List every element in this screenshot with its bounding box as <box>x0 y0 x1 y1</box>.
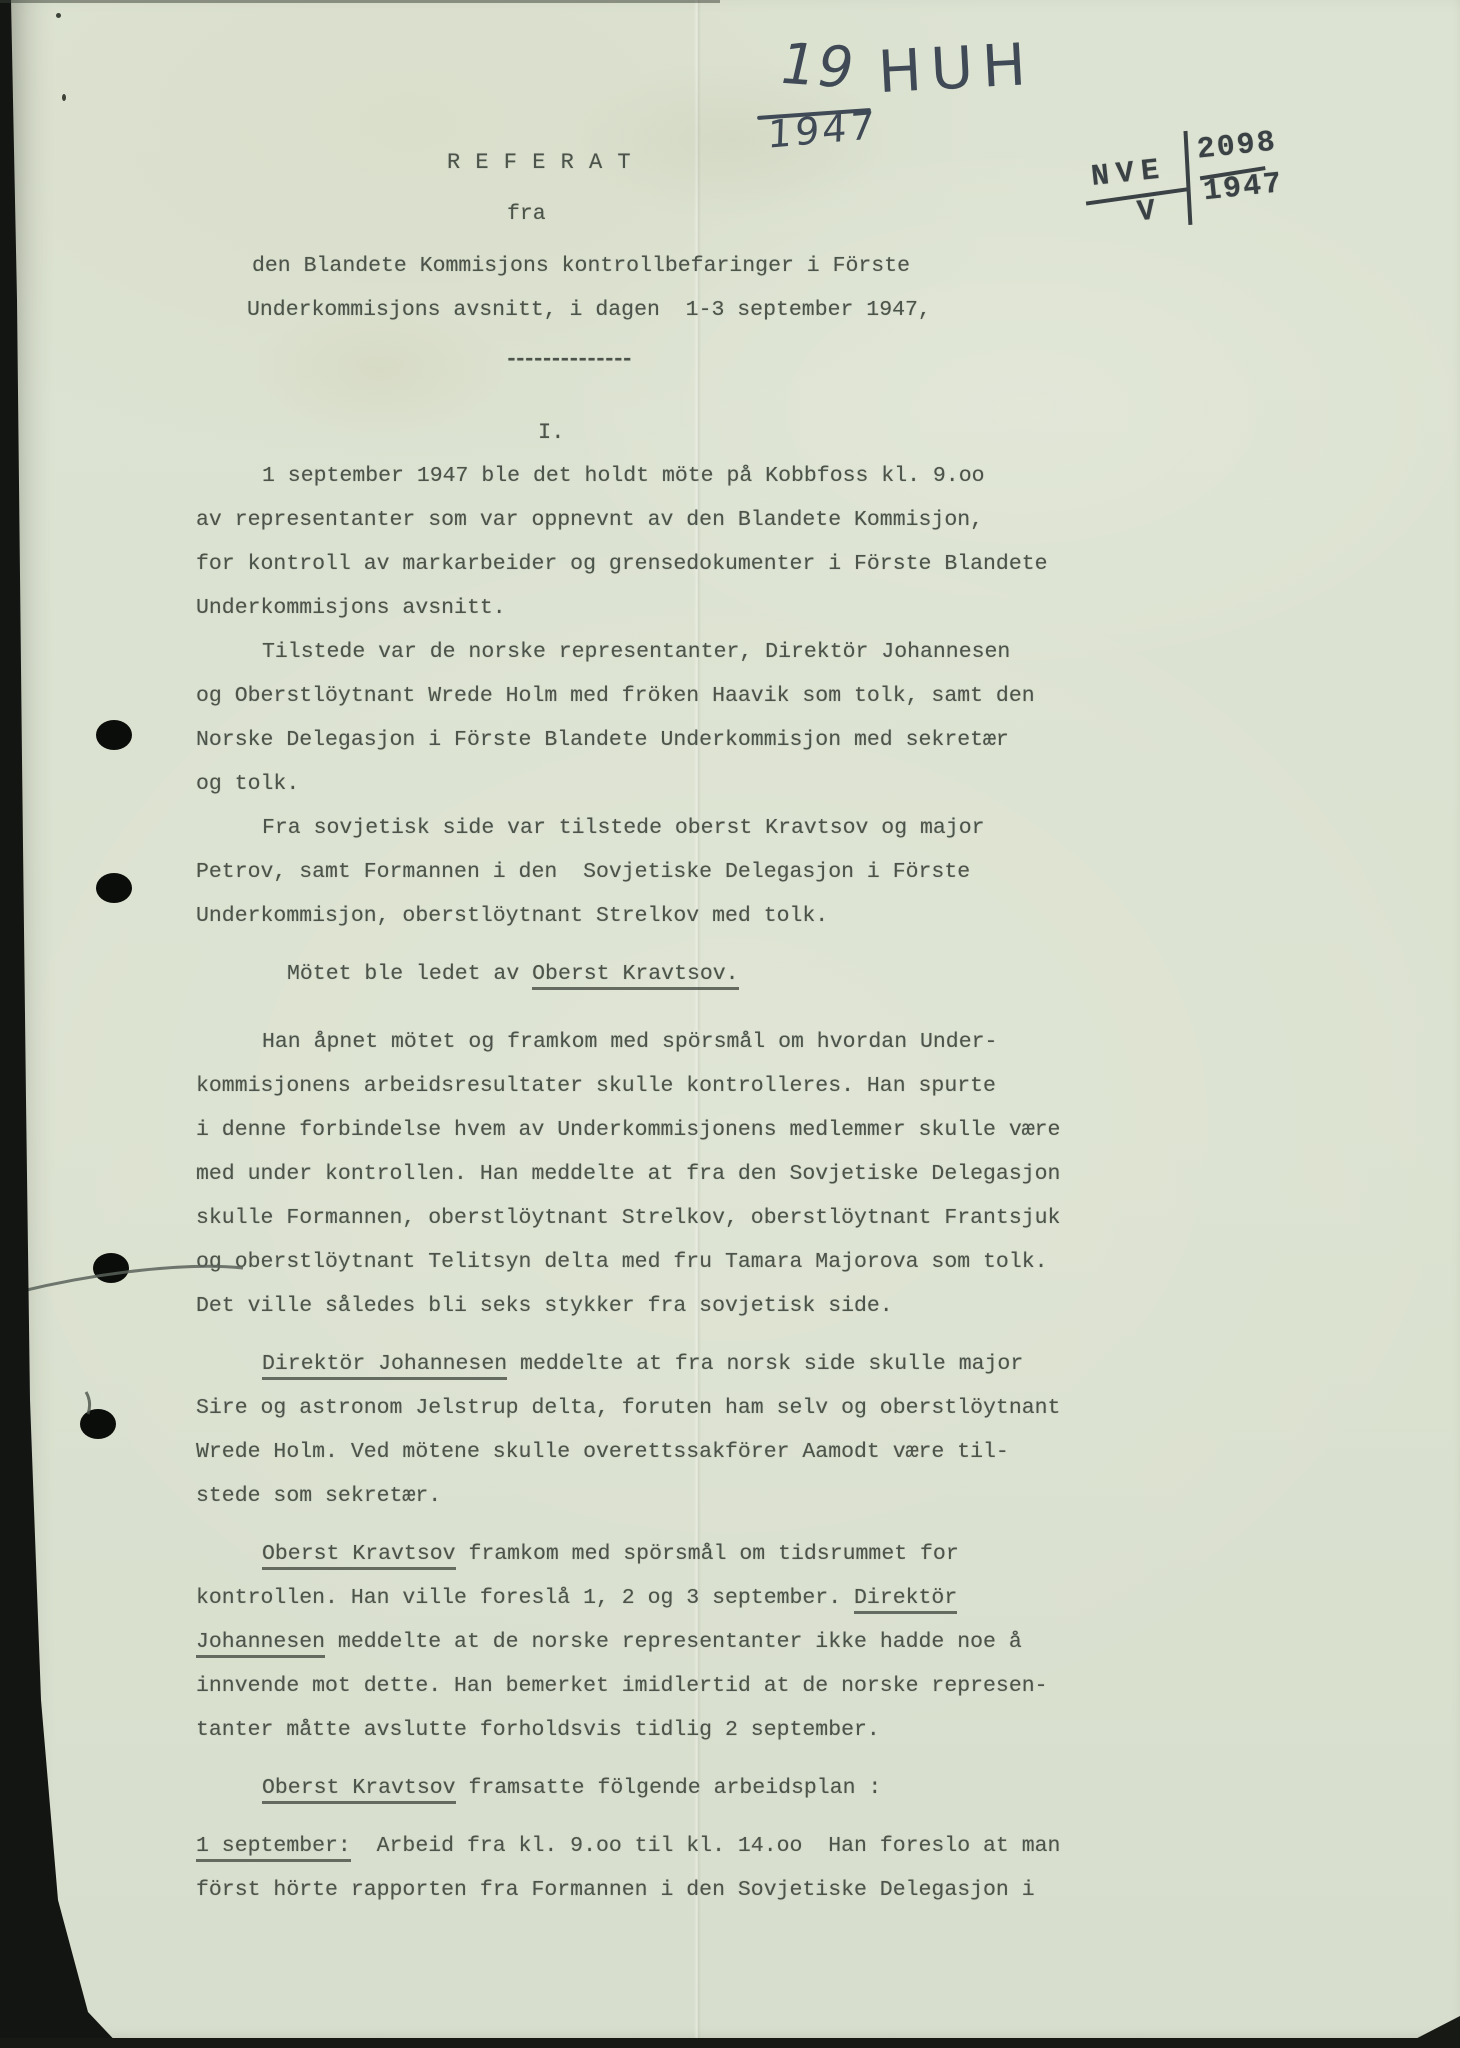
text-line: og oberstlöytnant Telitsyn delta med fru… <box>196 1240 1096 1284</box>
text-segment: av representanter som var oppnevnt av de… <box>196 508 983 532</box>
page-subtitle: fra <box>507 202 546 226</box>
heading-line: den Blandete Kommisjons kontrollbefaring… <box>252 244 931 288</box>
text-segment: Tilstede var de norske representanter, D… <box>262 640 1010 664</box>
text-segment: Direktör Johannesen <box>262 1352 507 1380</box>
text-segment: Han åpnet mötet og framkom med spörsmål … <box>262 1030 997 1054</box>
text-segment: i denne forbindelse hvem av Underkommisj… <box>196 1118 1060 1142</box>
text-line: kontrollen. Han ville foreslå 1, 2 og 3 … <box>196 1576 1096 1620</box>
text-line: Tilstede var de norske representanter, D… <box>262 630 1096 674</box>
text-segment: kontrollen. Han ville foreslå 1, 2 og 3 … <box>196 1586 854 1610</box>
ink-speck <box>56 13 61 18</box>
text-segment: Norske Delegasjon i Förste Blandete Unde… <box>196 728 1009 752</box>
scan-background: 19 1947 HUH NVE 2098 V 1947 R E F E R A … <box>0 0 1460 2048</box>
text-line: Petrov, samt Formannen i den Sovjetiske … <box>196 850 1096 894</box>
paper-sheet: 19 1947 HUH NVE 2098 V 1947 R E F E R A … <box>0 0 1460 2048</box>
text-segment: skulle Formannen, oberstlöytnant Strelko… <box>196 1206 1060 1230</box>
text-segment: Johannesen <box>196 1630 325 1658</box>
section-divider: -------------- <box>505 348 630 372</box>
text-line: 1 september: Arbeid fra kl. 9.oo til kl.… <box>196 1824 1096 1868</box>
text-segment: Oberst Kravtsov <box>262 1776 456 1804</box>
text-segment: 1 september 1947 ble det holdt möte på K… <box>262 464 985 488</box>
text-line: med under kontrollen. Han meddelte at fr… <box>196 1152 1096 1196</box>
text-segment: kommisjonens arbeidsresultater skulle ko… <box>196 1074 996 1098</box>
text-line: av representanter som var oppnevnt av de… <box>196 498 1096 542</box>
text-line: Oberst Kravtsov framsatte fölgende arbei… <box>262 1766 1096 1810</box>
text-segment: Underkommisjon, oberstlöytnant Strelkov … <box>196 904 828 928</box>
page-title: R E F E R A T <box>447 150 632 175</box>
text-line: innvende mot dette. Han bemerket imidler… <box>196 1664 1096 1708</box>
text-line: Oberst Kravtsov framkom med spörsmål om … <box>262 1532 1096 1576</box>
document-heading: den Blandete Kommisjons kontrollbefaring… <box>196 244 931 332</box>
text-segment: den Blandete Kommisjons kontrollbefaring… <box>252 254 910 278</box>
text-line: Fra sovjetisk side var tilstede oberst K… <box>262 806 1096 850</box>
ink-speck <box>62 94 66 101</box>
text-segment: Wrede Holm. Ved mötene skulle overettssa… <box>196 1440 1009 1464</box>
text-line: og tolk. <box>196 762 1096 806</box>
text-segment: framsatte fölgende arbeidsplan : <box>456 1776 882 1800</box>
text-segment: Oberst Kravtsov. <box>532 962 738 990</box>
text-segment: Det ville således bli seks stykker fra s… <box>196 1294 893 1318</box>
text-line: for kontroll av markarbeider og grensedo… <box>196 542 1096 586</box>
text-line: i denne forbindelse hvem av Underkommisj… <box>196 1108 1096 1152</box>
text-line: Direktör Johannesen meddelte at fra nors… <box>262 1342 1096 1386</box>
text-segment: Sire og astronom Jelstrup delta, foruten… <box>196 1396 1060 1420</box>
text-line: Det ville således bli seks stykker fra s… <box>196 1284 1096 1328</box>
text-segment: meddelte at fra norsk side skulle major <box>507 1352 1023 1376</box>
text-segment: Direktör <box>854 1586 957 1614</box>
text-segment: meddelte at de norske representanter ikk… <box>325 1630 1022 1654</box>
text-segment: Oberst Kravtsov <box>262 1542 456 1570</box>
hole-punch <box>93 1253 129 1283</box>
text-segment: Arbeid fra kl. 9.oo til kl. 14.oo Han fo… <box>351 1834 1061 1858</box>
hole-punch <box>96 873 132 903</box>
text-segment: framkom med spörsmål om tidsrummet for <box>456 1542 959 1566</box>
text-segment: Underkommisjons avsnitt, i dagen 1-3 sep… <box>247 298 931 322</box>
text-line: Underkommisjons avsnitt. <box>196 586 1096 630</box>
text-line: stede som sekretær. <box>196 1474 1096 1518</box>
document-body: 1 september 1947 ble det holdt möte på K… <box>196 454 1096 1912</box>
section-heading: I. <box>538 420 564 445</box>
text-line: 1 september 1947 ble det holdt möte på K… <box>262 454 1096 498</box>
text-segment: og oberstlöytnant Telitsyn delta med fru… <box>196 1250 1048 1274</box>
text-segment: Underkommisjons avsnitt. <box>196 596 506 620</box>
stamp-roman-numeral: V <box>1136 195 1157 231</box>
text-line: Johannesen meddelte at de norske represe… <box>196 1620 1096 1664</box>
text-segment: 1 september: <box>196 1834 351 1862</box>
heading-line: Underkommisjons avsnitt, i dagen 1-3 sep… <box>247 288 931 332</box>
stamp-vertical-bar <box>1183 131 1192 225</box>
text-line: tanter måtte avslutte forholdsvis tidlig… <box>196 1708 1096 1752</box>
hole-punch <box>80 1409 116 1439</box>
stamp-org: NVE <box>1090 153 1168 195</box>
text-line: Sire og astronom Jelstrup delta, foruten… <box>196 1386 1096 1430</box>
text-line: Han åpnet mötet og framkom med spörsmål … <box>262 1020 1096 1064</box>
text-line: Mötet ble ledet av Oberst Kravtsov. <box>287 952 1096 996</box>
text-segment: Fra sovjetisk side var tilstede oberst K… <box>262 816 985 840</box>
text-segment: med under kontrollen. Han meddelte at fr… <box>196 1162 1060 1186</box>
text-segment: og tolk. <box>196 772 299 796</box>
handwritten-initials: HUH <box>876 30 1036 106</box>
text-line: og Oberstlöytnant Wrede Holm med fröken … <box>196 674 1096 718</box>
text-segment: tanter måtte avslutte forholdsvis tidlig… <box>196 1718 880 1742</box>
text-segment: for kontroll av markarbeider og grensedo… <box>196 552 1048 576</box>
text-line: Wrede Holm. Ved mötene skulle overettssa… <box>196 1430 1096 1474</box>
text-segment: Mötet ble ledet av <box>287 962 532 986</box>
text-segment: innvende mot dette. Han bemerket imidler… <box>196 1674 1048 1698</box>
text-line: Underkommisjon, oberstlöytnant Strelkov … <box>196 894 1096 938</box>
text-line: först hörte rapporten fra Formannen i de… <box>196 1868 1096 1912</box>
stamp-number: 2098 <box>1195 126 1278 168</box>
text-segment: og Oberstlöytnant Wrede Holm med fröken … <box>196 684 1035 708</box>
text-segment: Petrov, samt Formannen i den Sovjetiske … <box>196 860 970 884</box>
text-line: skulle Formannen, oberstlöytnant Strelko… <box>196 1196 1096 1240</box>
text-line: Norske Delegasjon i Förste Blandete Unde… <box>196 718 1096 762</box>
text-segment: stede som sekretær. <box>196 1484 441 1508</box>
archive-number-bottom: 1947 <box>767 103 878 156</box>
hole-punch <box>96 720 132 750</box>
archive-number-top: 19 <box>773 31 862 101</box>
text-line: kommisjonens arbeidsresultater skulle ko… <box>196 1064 1096 1108</box>
nve-stamp: NVE 2098 V 1947 <box>1077 116 1316 239</box>
text-segment: först hörte rapporten fra Formannen i de… <box>196 1878 1035 1902</box>
